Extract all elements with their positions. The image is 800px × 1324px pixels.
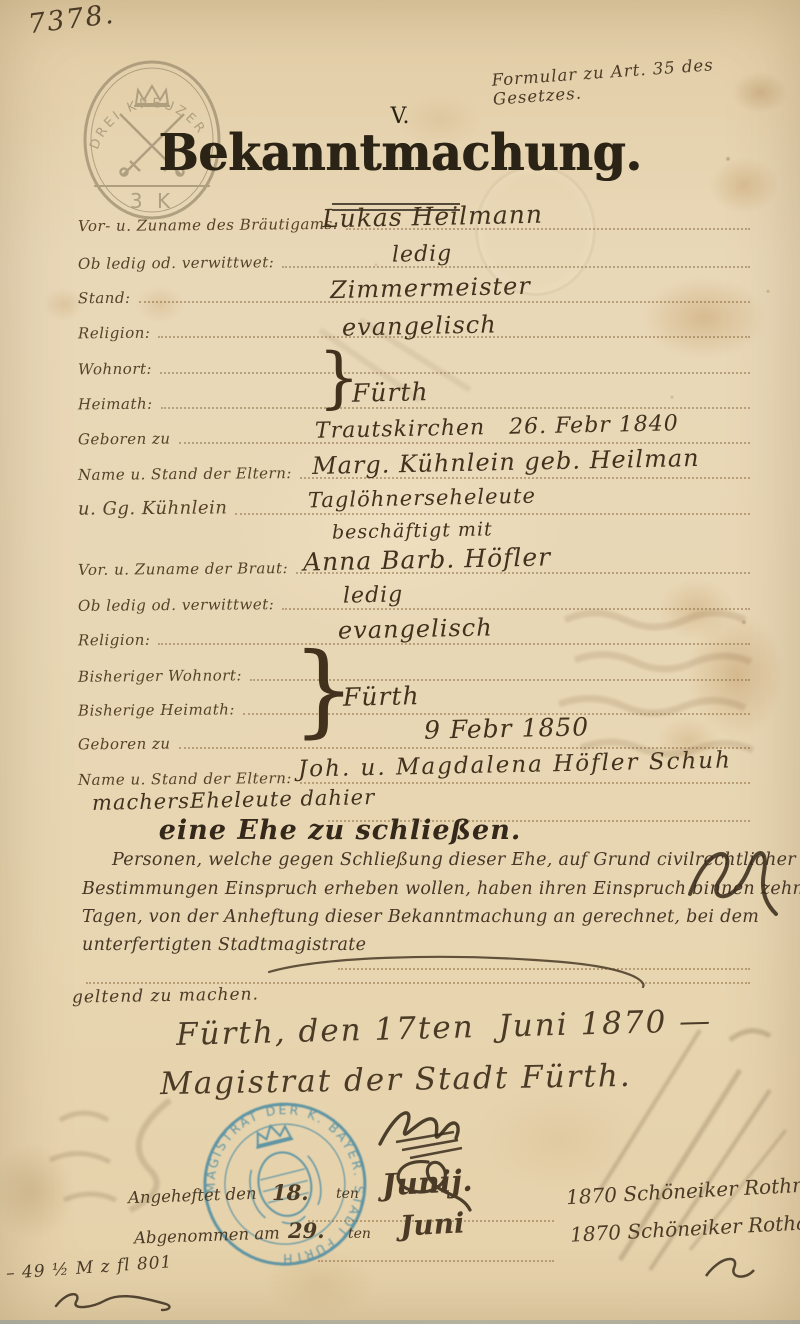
form-reference-note: Formular zu Art. 35 des Gesetzes.	[491, 49, 800, 108]
posting-day: 29.	[288, 1218, 325, 1243]
field-label: Name u. Stand der Eltern:	[78, 769, 292, 789]
document-title: Bekanntmachung.	[0, 124, 800, 183]
field-label: Ob ledig od. verwittwet:	[78, 253, 274, 273]
field-label: Vor. u. Zuname der Braut:	[78, 559, 288, 579]
dotted-leader	[310, 1244, 560, 1266]
field-label: Geboren zu	[78, 430, 171, 449]
bleedthrough-marks-right	[555, 600, 795, 800]
posting-month: Junij.	[381, 1164, 473, 1204]
separator-flourish	[265, 946, 655, 990]
field-label: Wohnort:	[78, 360, 152, 379]
tax-seal-denomination: 3 K	[130, 189, 174, 213]
field-label: Religion:	[78, 324, 151, 343]
margin-signature-flourish	[48, 1284, 178, 1320]
field-label: Ob ledig od. verwittwet:	[78, 595, 274, 615]
field-label: Bisheriger Wohnort:	[78, 666, 242, 685]
field-label: Name u. Stand der Eltern:	[78, 464, 292, 484]
authority-line: Magistrat der Stadt Fürth.	[160, 1058, 632, 1102]
bleedthrough-marks-center	[300, 300, 500, 420]
field-value: Lukas Heilmann	[322, 200, 543, 234]
field-label: u. Gg. Kühnlein	[78, 497, 228, 519]
file-number: 7378.	[26, 0, 116, 40]
field-value: Anna Barb. Höfler	[303, 542, 552, 576]
declaration-heading: eine Ehe zu schließen.	[0, 815, 680, 846]
ink-scribble	[676, 832, 786, 922]
bleedthrough-marks-bottom-left	[20, 1080, 200, 1260]
field-value: ledig	[392, 241, 453, 267]
photo-bottom-edge	[0, 1320, 800, 1324]
declaration-continuation: geltend zu machen.	[72, 984, 259, 1007]
field-value: Taglöhnerseheleute	[308, 484, 536, 513]
bleedthrough-marks-bottom-right	[590, 1010, 800, 1280]
posting-month: Juni	[399, 1206, 465, 1242]
declaration-line-3: Tagen, von der Anheftung dieser Bekanntm…	[82, 907, 759, 927]
field-value: ledig	[343, 582, 404, 608]
field-label: Vor- u. Zuname des Bräutigams:	[78, 215, 338, 235]
field-value: Fürth	[343, 681, 420, 712]
groom-parents-note: beschäftigt mit	[332, 518, 493, 543]
dotted-leader	[282, 266, 750, 268]
dotted-leader	[235, 513, 750, 515]
field-value: evangelisch	[338, 613, 493, 644]
field-label: Stand:	[78, 289, 131, 307]
crown-icon	[134, 86, 170, 106]
posting-ordinal: ten	[336, 1186, 359, 1202]
document-page: 7378. DREI KREUZER 3 K Formular zu Art. …	[0, 0, 800, 1324]
posting-day: 18.	[272, 1180, 309, 1205]
field-label: Heimath:	[78, 395, 153, 414]
field-label: Geboren zu	[78, 735, 171, 754]
field-label: Religion:	[78, 631, 151, 650]
field-label: Bisherige Heimath:	[78, 700, 235, 719]
posting-ordinal: ten	[348, 1226, 371, 1242]
